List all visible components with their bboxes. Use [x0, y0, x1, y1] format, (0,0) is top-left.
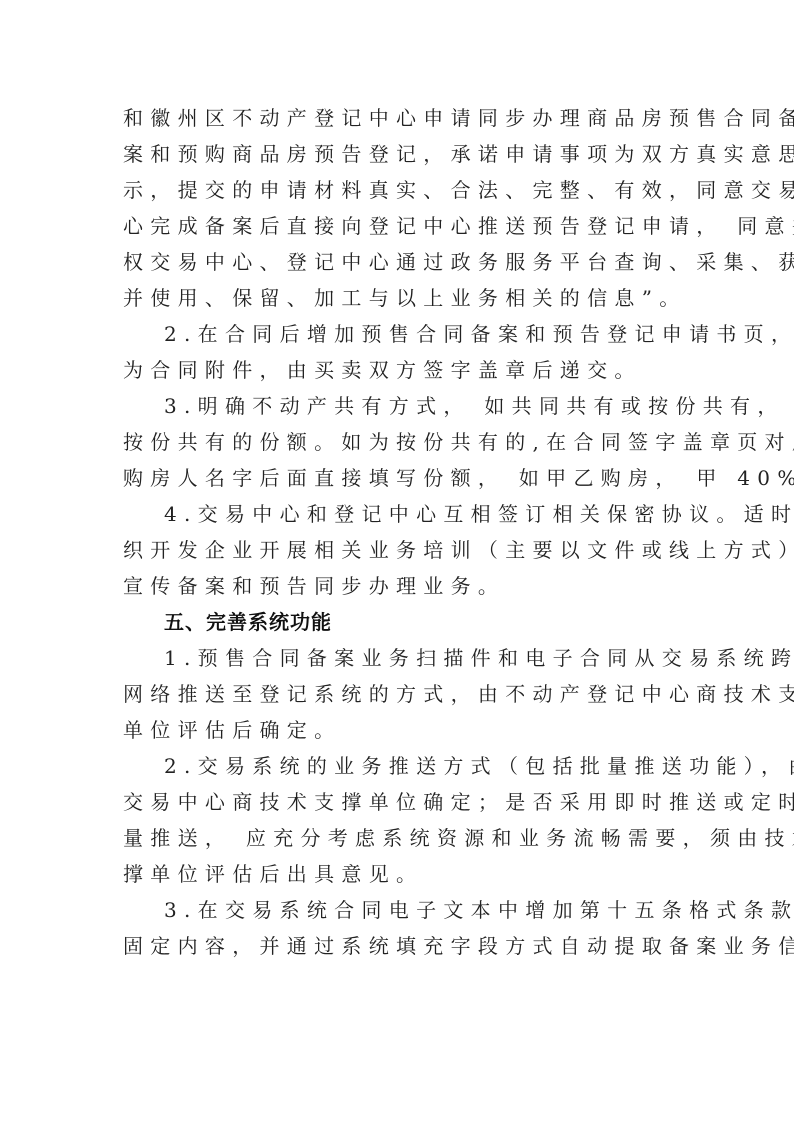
list-item-4-line: 4.交易中心和登记中心互相签订相关保密协议。适时组 [123, 496, 675, 532]
list-item-1-line: 1.预售合同备案业务扫描件和电子合同从交易系统跨 [123, 640, 675, 676]
body-line: 示，提交的申请材料真实、合法、完整、有效，同意交易中 [123, 172, 675, 208]
body-line: 购房人名字后面直接填写份额， 如甲乙购房， 甲 40%，乙 60%。 [123, 460, 675, 496]
body-line: 交易中心商技术支撑单位确定；是否采用即时推送或定时批 [123, 784, 675, 820]
document-page: 和徽州区不动产登记中心申请同步办理商品房预售合同备 案和预购商品房预告登记，承诺… [123, 100, 675, 964]
body-line: 心完成备案后直接向登记中心推送预告登记申请， 同意并授 [123, 208, 675, 244]
list-item-2-line: 2.在合同后增加预售合同备案和预告登记申请书页，作 [123, 316, 675, 352]
body-line: 量推送， 应充分考虑系统资源和业务流畅需要，须由技术支 [123, 820, 675, 856]
body-line: 单位评估后确定。 [123, 712, 675, 748]
body-line: 并使用、保留、加工与以上业务相关的信息”。 [123, 280, 675, 316]
body-line: 织开发企业开展相关业务培训（主要以文件或线上方式）， [123, 532, 675, 568]
body-line: 撑单位评估后出具意见。 [123, 856, 675, 892]
list-item-2-line: 2.交易系统的业务推送方式（包括批量推送功能），由 [123, 748, 675, 784]
body-line: 宣传备案和预告同步办理业务。 [123, 568, 675, 604]
body-line: 按份共有的份额。如为按份共有的,在合同签字盖章页对应 [123, 424, 675, 460]
body-line: 固定内容，并通过系统填充字段方式自动提取备案业务信 [123, 928, 675, 964]
body-line: 和徽州区不动产登记中心申请同步办理商品房预售合同备 [123, 100, 675, 136]
body-line: 网络推送至登记系统的方式，由不动产登记中心商技术支撑 [123, 676, 675, 712]
list-item-3-line: 3.在交易系统合同电子文本中增加第十五条格式条款 [123, 892, 675, 928]
body-line: 为合同附件，由买卖双方签字盖章后递交。 [123, 352, 675, 388]
body-line: 权交易中心、登记中心通过政务服务平台查询、采集、获取 [123, 244, 675, 280]
section-heading: 五、完善系统功能 [123, 604, 675, 640]
list-item-3-line: 3.明确不动产共有方式， 如共同共有或按份共有， 以及 [123, 388, 675, 424]
body-line: 案和预购商品房预告登记，承诺申请事项为双方真实意思表 [123, 136, 675, 172]
